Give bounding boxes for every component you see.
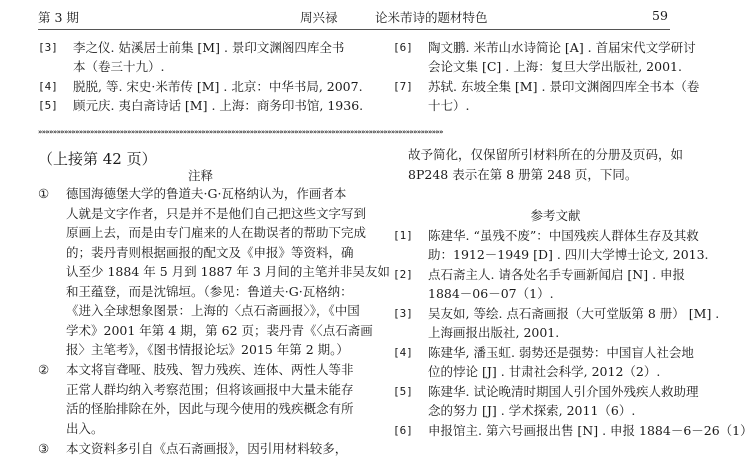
ref-number: [6] [393,421,413,440]
header-rule [38,29,670,30]
ref-text-line: 本（卷三十九）. [73,57,164,76]
reference-item-6: [6] 申报馆主. 第六号画报出售 [N] . 申报 1884－6－26（1）. [393,421,718,441]
note-text-line: 8P248 表示在第 8 册第 248 页，下同。 [408,165,637,185]
note-text-line: 活的怪胎排除在外，因此与现今使用的残疾概念有所 [66,399,354,419]
note-item-3-continuation: 故予简化，仅保留所引材料所在的分册及页码，如 8P248 表示在第 8 册第 2… [380,145,710,185]
ref-text-line: 顾元庆. 夷白斋诗话 [M] . 上海：商务印书馆, 1936. [73,96,363,115]
notes-heading: 注释 [38,166,363,184]
journal-issue: 第 3 期 [38,8,79,26]
note-text-line: 出入。 [66,419,104,439]
ref-number: [4] [38,77,58,96]
note-text-line: 本文资料多引自《点石斋画报》，因引用材料较多， [66,439,347,459]
note-text-line: 认至少 1884 年 5 月到 1887 年 3 月间的主笔并非吴友如 [66,262,390,282]
ref-text-line: 十七）. [428,96,469,115]
note-item-1: ① 德国海德堡大学的鲁道夫·G·瓦格纳认为，作画者本 人就是文字作者，只是并不是… [38,184,368,360]
ref-number: [1] [393,226,413,245]
ref-text-line: 陈建华. 试论晚清时期国人引介国外残疾人救助理 [428,382,698,401]
running-title: 论米芾诗的题材特色 [375,8,488,26]
note-text-line: 故予简化，仅保留所引材料所在的分册及页码，如 [408,145,683,165]
ref-text-line: 助：1912－1949 [D] . 四川大学博士论文, 2013. [428,245,709,264]
ref-number: [3] [393,304,413,323]
note-text-line: 本文将盲聋哑、肢残、智力残疾、连体、两性人等非 [66,360,354,380]
ref-number: [5] [38,96,58,115]
ref-text-line: 李之仪. 姑溪居士前集 [M] . 景印文渊阁四库全书 [73,38,344,57]
ref-text-line: 陈建华, 潘玉虹. 弱势还是强势：中国盲人社会地 [428,343,694,362]
note-number: ① [38,184,49,204]
ref-number: [3] [38,38,58,57]
ref-text-line: 陶文鹏. 米芾山水诗简论 [A] . 首届宋代文学研讨 [428,38,696,57]
note-item-3: ③ 本文资料多引自《点石斋画报》，因引用材料较多， [38,439,368,459]
note-number: ③ [38,439,49,459]
note-text-line: 正常人群均纳入考察范围；但将该画报中大量未能存 [66,380,354,400]
reference-item-5: [5] 陈建华. 试论晚清时期国人引介国外残疾人救助理 念的努力 [J] . 学… [393,382,718,422]
reference-item-3: [3] 吴友如, 等绘. 点石斋画报（大可堂版第 8 册） [M] . 上海画报… [393,304,718,344]
note-text-line: 德国海德堡大学的鲁道夫·G·瓦格纳认为，作画者本 [66,184,346,204]
ref-text-line: 苏轼. 东坡全集 [M] . 景印文渊阁四库全书本（卷 [428,77,699,96]
note-text-line: 报〉主笔考》，《图书情报论坛》2015 年第 2 期。） [66,340,349,360]
ref-text-line: 上海画报出版社, 2001. [428,323,559,342]
running-author: 周兴禄 [300,8,338,26]
note-item-2: ② 本文将盲聋哑、肢残、智力残疾、连体、两性人等非 正常人群均纳入考察范围；但将… [38,360,368,440]
reference-item-1: [1] 陈建华. “虽残不废”：中国残疾人群体生存及其救 助：1912－1949… [393,226,718,266]
ref-text-line: 位的悖论 [J] . 甘肃社会科学, 2012（2）. [428,362,660,381]
ref-text-line: 会论文集 [C] . 上海：复旦大学出版社, 2001. [428,57,682,76]
ref-text-line: 点石斋主人. 请各处名手专画新闻启 [N] . 申报 [428,265,685,284]
note-text-line: 《进入全球想象图景：上海的〈点石斋画报〉》，《中国 [66,301,360,321]
note-text-line: 人就是文字作者，只是并不是他们自己把这些文字写到 [66,204,366,224]
ref-number: [4] [393,343,413,362]
section-separator: »»»»»»»»»»»»»»»»»»»»»»»»»»»»»»»»»»»»»»»»… [38,128,670,136]
ref-text-line: 陈建华. “虽残不废”：中国残疾人群体生存及其救 [428,226,699,245]
ref-item-4: [4] 脱脱, 等. 宋史·米芾传 [M] . 北京：中华书局, 2007. [38,77,363,96]
ref-item-5: [5] 顾元庆. 夷白斋诗话 [M] . 上海：商务印书馆, 1936. [38,96,363,115]
ref-item-3: [3] 李之仪. 姑溪居士前集 [M] . 景印文渊阁四库全书 本（卷三十九）. [38,38,363,78]
references-heading: 参考文献 [393,206,718,224]
ref-number: [7] [393,77,413,96]
ref-text-line: 吴友如, 等绘. 点石斋画报（大可堂版第 8 册） [M] . [428,304,719,323]
ref-item-6: [6] 陶文鹏. 米芾山水诗简论 [A] . 首届宋代文学研讨 会论文集 [C]… [393,38,718,78]
ref-text-line: 脱脱, 等. 宋史·米芾传 [M] . 北京：中华书局, 2007. [73,77,363,96]
note-text-line: 原画上去，而是由专门雇来的人在勘误者的帮助下完成 [66,223,366,243]
note-text-line: 的；裴丹青则根据画报的配文及《申报》等资料，确 [66,243,354,263]
ref-text-line: 念的努力 [J] . 学术探索, 2011（6）. [428,401,635,420]
reference-item-2: [2] 点石斋主人. 请各处名手专画新闻启 [N] . 申报 1884－06－0… [393,265,718,305]
ref-item-7: [7] 苏轼. 东坡全集 [M] . 景印文渊阁四库全书本（卷 十七）. [393,77,718,117]
ref-number: [2] [393,265,413,284]
note-text-line: 学术》2001 年第 4 期，第 62 页；裴丹青《〈点石斋画 [66,321,373,341]
reference-item-4: [4] 陈建华, 潘玉虹. 弱势还是强势：中国盲人社会地 位的悖论 [J] . … [393,343,718,383]
page-number: 59 [652,8,668,23]
ref-text-line: 申报馆主. 第六号画报出售 [N] . 申报 1884－6－26（1）. [428,421,750,440]
ref-number: [5] [393,382,413,401]
note-text-line: 和王蕴登，而是沈锦垣。（参见：鲁道夫·G·瓦格纳： [66,282,353,302]
note-number: ② [38,360,49,380]
ref-text-line: 1884－06－07（1）. [428,284,554,303]
ref-number: [6] [393,38,413,57]
